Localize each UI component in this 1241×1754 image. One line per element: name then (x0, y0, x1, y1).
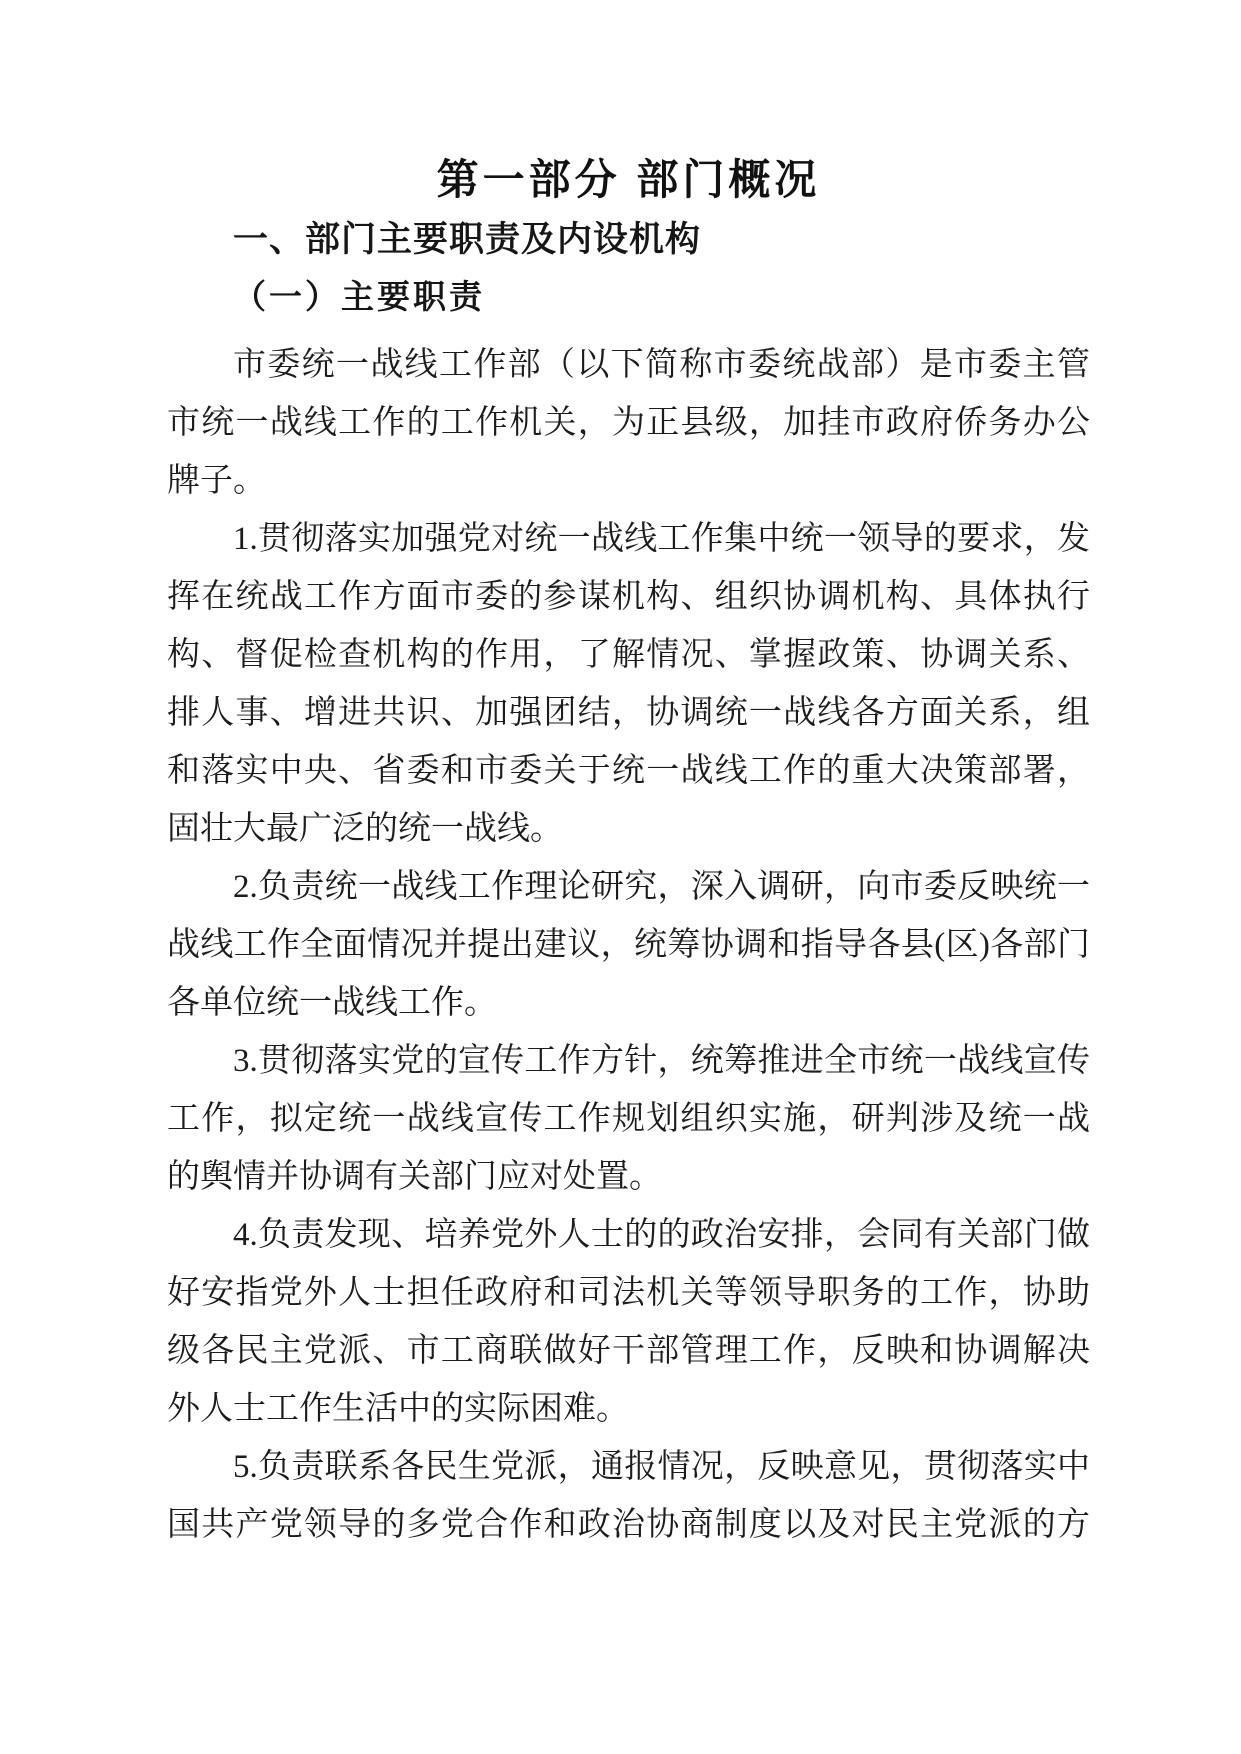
paragraph-duty-4: 4.负责发现、培养党外人士的的政治安排，会同有关部门做 好安指党外人士担任政府和… (167, 1206, 1090, 1438)
body-line: 好安指党外人士担任政府和司法机关等领导职务的工作，协助市 (167, 1264, 1090, 1322)
paragraph-duty-3: 3.贯彻落实党的宣传工作方针，统筹推进全市统一战线宣传 工作，拟定统一战线宣传工… (167, 1032, 1090, 1206)
body-line: 各单位统一战线工作。 (167, 974, 1090, 1032)
body-line: 牌子。 (167, 452, 1090, 510)
paragraph-duty-1: 1.贯彻落实加强党对统一战线工作集中统一领导的要求，发 挥在统战工作方面市委的参… (167, 510, 1090, 858)
paragraph-duty-2: 2.负责统一战线工作理论研究，深入调研，向市委反映统一 战线工作全面情况并提出建… (167, 858, 1090, 1032)
body-line: 4.负责发现、培养党外人士的的政治安排，会同有关部门做 (167, 1206, 1090, 1264)
body-line: 国共产党领导的多党合作和政治协商制度以及对民主党派的方 (167, 1496, 1090, 1554)
section-heading: 一、部门主要职责及内设机构 (233, 211, 1090, 269)
body-line: 构、督促检查机构的作用，了解情况、掌握政策、协调关系、安 (167, 626, 1090, 684)
body-line: 市委统一战线工作部（以下简称市委统战部）是市委主管全 (167, 336, 1090, 394)
body-line: 工作，拟定统一战线宣传工作规划组织实施，研判涉及统一战线 (167, 1090, 1090, 1148)
body-line: 和落实中央、省委和市委关于统一战线工作的重大决策部署，巩 (167, 742, 1090, 800)
body-line: 3.贯彻落实党的宣传工作方针，统筹推进全市统一战线宣传 (167, 1032, 1090, 1090)
body-line: 1.贯彻落实加强党对统一战线工作集中统一领导的要求，发 (167, 510, 1090, 568)
body-line: 排人事、增进共识、加强团结，协调统一战线各方面关系，组织 (167, 684, 1090, 742)
body-line: 的舆情并协调有关部门应对处置。 (167, 1148, 1090, 1206)
body-line: 战线工作全面情况并提出建议，统筹协调和指导各县(区)各部门 (167, 916, 1090, 974)
subsection-heading: （一）主要职责 (233, 269, 1090, 327)
paragraph-duty-5: 5.负责联系各民生党派，通报情况，反映意见，贯彻落实中 国共产党领导的多党合作和… (167, 1438, 1090, 1554)
body-line: 市统一战线工作的工作机关，为正县级，加挂市政府侨务办公室 (167, 394, 1090, 452)
paragraph-intro: 市委统一战线工作部（以下简称市委统战部）是市委主管全 市统一战线工作的工作机关，… (167, 336, 1090, 510)
document-page: 第一部分 部门概况 一、部门主要职责及内设机构 （一）主要职责 市委统一战线工作… (0, 0, 1241, 1754)
body-line: 固壮大最广泛的统一战线。 (167, 800, 1090, 858)
body-text: 市委统一战线工作部（以下简称市委统战部）是市委主管全 市统一战线工作的工作机关，… (167, 336, 1090, 1554)
document-content: 第一部分 部门概况 一、部门主要职责及内设机构 （一）主要职责 市委统一战线工作… (167, 151, 1090, 1554)
body-line: 外人士工作生活中的实际困难。 (167, 1380, 1090, 1438)
body-line: 级各民主党派、市工商联做好干部管理工作，反映和协调解决党 (167, 1322, 1090, 1380)
body-line: 2.负责统一战线工作理论研究，深入调研，向市委反映统一 (167, 858, 1090, 916)
document-title: 第一部分 部门概况 (167, 151, 1090, 209)
body-line: 5.负责联系各民生党派，通报情况，反映意见，贯彻落实中 (167, 1438, 1090, 1496)
body-line: 挥在统战工作方面市委的参谋机构、组织协调机构、具体执行机 (167, 568, 1090, 626)
